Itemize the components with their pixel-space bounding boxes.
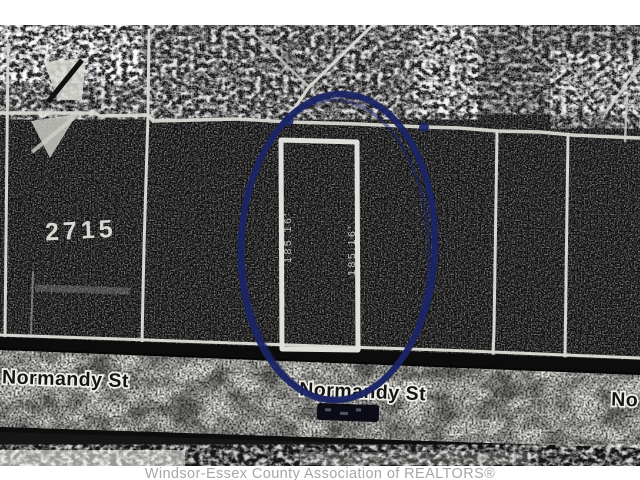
plat-map-image: 2715 185.16' 185.16' Normandy St Normand… <box>0 0 640 480</box>
street-label-right-truncated: No <box>611 389 639 412</box>
watermark-text: Windsor-Essex County Association of REAL… <box>145 466 496 480</box>
top-margin <box>0 0 640 25</box>
street-label-left: Normandy St <box>2 366 129 392</box>
verge-texture <box>0 446 640 467</box>
highlight-crossing-dot-right <box>419 122 429 132</box>
lot-dimension-left: 185.16' <box>282 211 294 263</box>
scanned-map-page: 2715 185.16' 185.16' Normandy St Normand… <box>0 0 640 480</box>
highlight-crossing-dot-left <box>283 116 294 127</box>
obscured-address-blob <box>317 403 380 422</box>
parcel-number-label: 2715 <box>44 215 117 247</box>
lot-dimension-right: 185.16' <box>346 224 358 276</box>
